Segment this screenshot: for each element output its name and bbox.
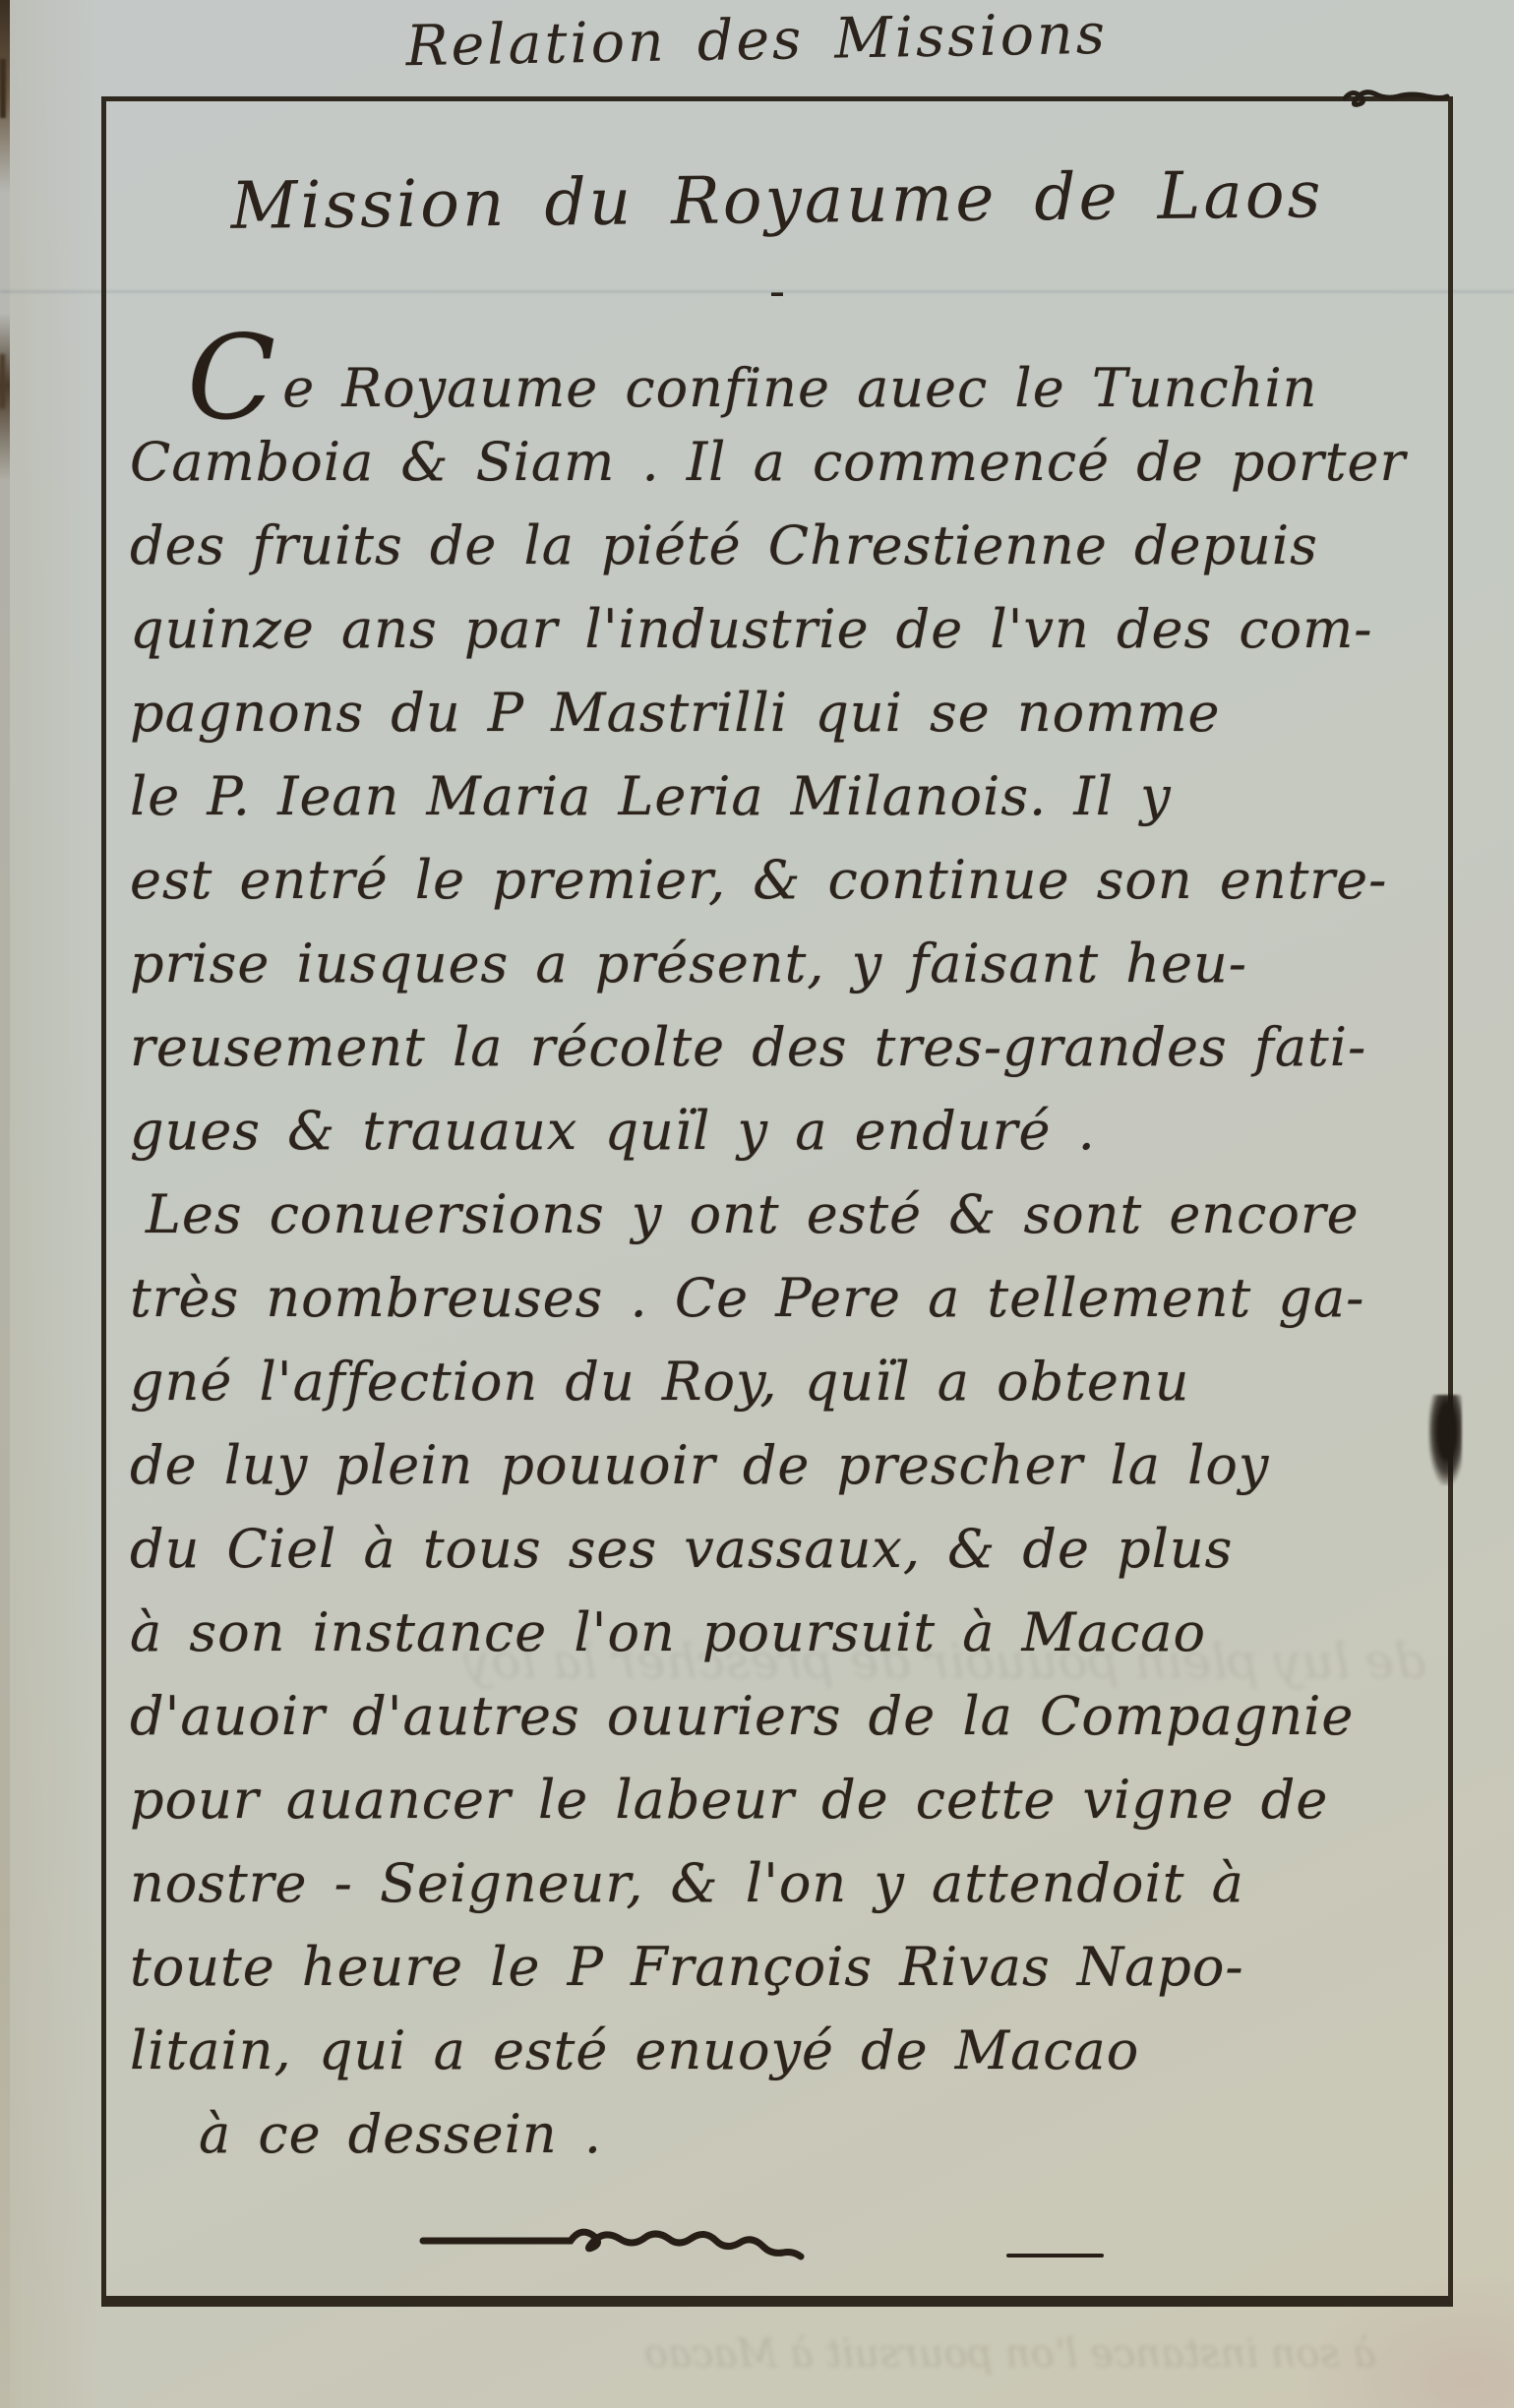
- text-line: d'auoir d'autres ouuriers de la Compagni…: [130, 1674, 1438, 1758]
- manuscript-page: Relation des Missions Mission du Royaume…: [0, 0, 1514, 2408]
- flourish-divider-icon: [418, 2211, 1126, 2270]
- text-line: très nombreuses . Ce Pere a tellement ga…: [130, 1256, 1438, 1340]
- text-line: nostre - Seigneur, & l'on y attendoit à: [130, 1841, 1438, 1925]
- text-line: pagnons du P Mastrilli qui se nomme: [130, 671, 1438, 754]
- text-line: Les conuersions y ont esté & sont encore: [146, 1173, 1438, 1256]
- text-line: le P. Iean Maria Leria Milanois. Il y: [130, 754, 1438, 838]
- text-line: à ce dessein .: [199, 2092, 1438, 2176]
- title-separator-dash: -: [101, 264, 1453, 319]
- drop-cap: C: [187, 336, 276, 420]
- left-margin-shading: [10, 0, 103, 2408]
- text-line: des fruits de la piété Chrestienne depui…: [130, 504, 1438, 587]
- text-line: Ce Royaume confine auec le Tunchin: [187, 336, 1438, 420]
- text-line: pour auancer le labeur de cette vigne de: [130, 1758, 1438, 1841]
- text-line: reusement la récolte des tres-grandes fa…: [130, 1005, 1438, 1089]
- running-header: Relation des Missions: [0, 0, 1514, 109]
- bleed-through-text: à son instance l'on poursuit à Macao: [644, 2331, 1376, 2377]
- text-line: prise iusques a présent, y faisant heu-: [130, 922, 1438, 1005]
- binding-ink-mark: [0, 354, 5, 408]
- text-line-content: e Royaume confine auec le Tunchin: [282, 357, 1317, 419]
- text-line: est entré le premier, & continue son ent…: [130, 838, 1438, 922]
- text-line: quinze ans par l'industrie de l'vn des c…: [130, 587, 1438, 671]
- text-line: à son instance l'on poursuit à Macao: [130, 1591, 1438, 1674]
- text-line: du Ciel à tous ses vassaux, & de plus: [130, 1507, 1438, 1591]
- text-line: Camboia & Siam . Il a commencé de porter: [130, 420, 1438, 504]
- text-line: de luy plein pouuoir de prescher la loy: [130, 1423, 1438, 1507]
- text-line: gues & trauaux quïl y a enduré .: [130, 1089, 1438, 1173]
- manuscript-body: Ce Royaume confine auec le Tunchin Cambo…: [130, 336, 1438, 2176]
- ink-squiggle-icon: [1343, 77, 1466, 116]
- text-line: gné l'affection du Roy, quïl a obtenu: [130, 1340, 1438, 1423]
- page-title: Mission du Royaume de Laos: [101, 155, 1454, 245]
- text-line: litain, qui a esté enuoyé de Macao: [130, 2009, 1438, 2092]
- text-line: toute heure le P François Rivas Napo-: [130, 1925, 1438, 2009]
